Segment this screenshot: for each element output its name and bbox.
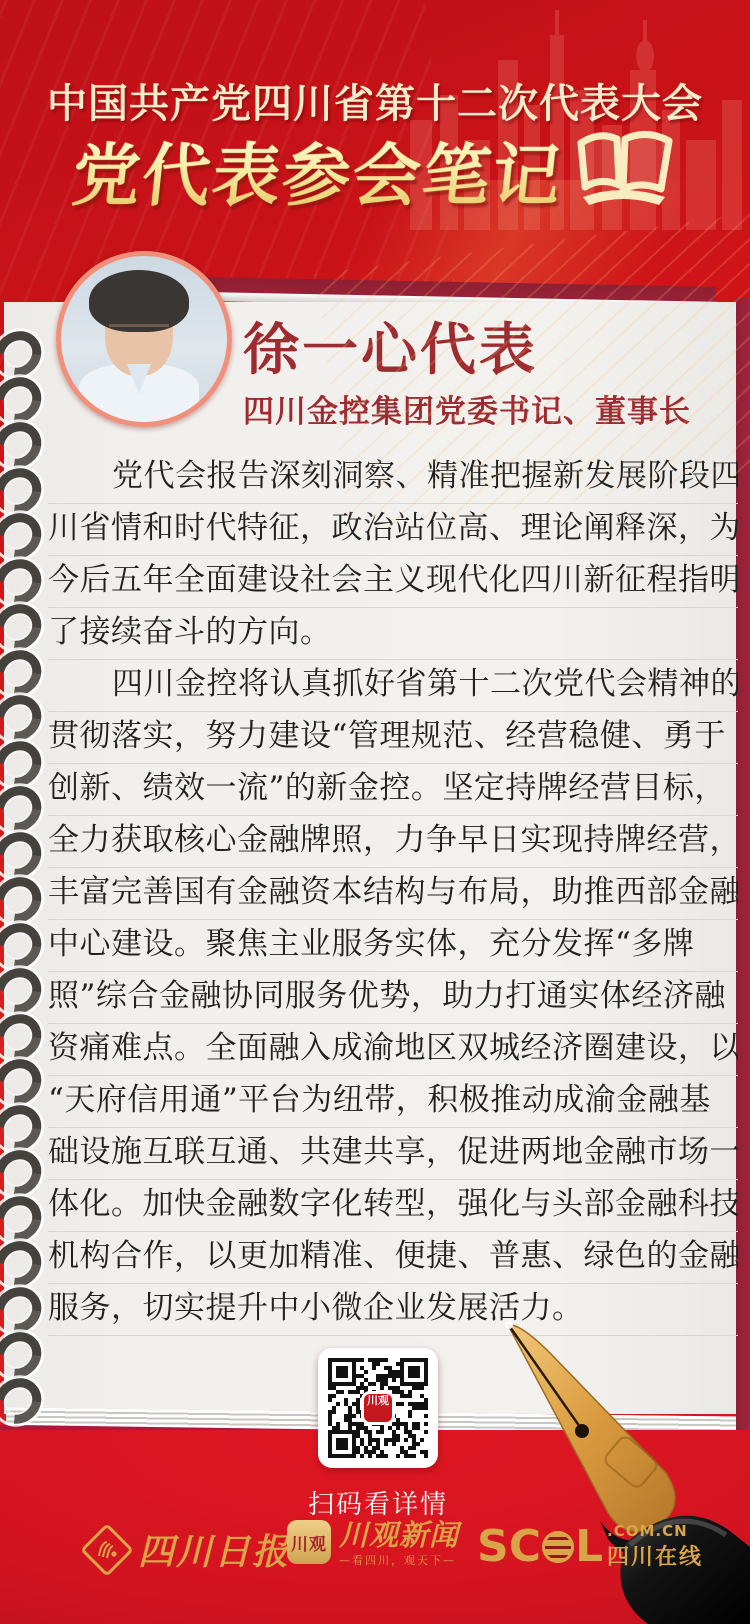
chuanguan-badge-icon: 川观 xyxy=(287,1520,331,1564)
spiral-binding xyxy=(0,0,50,1624)
article-line: 今后五年全面建设社会主义现代化四川新征程指明 xyxy=(48,556,738,608)
avatar-hair xyxy=(89,270,189,332)
article-line: 丰富完善国有金融资本结构与布局，助推西部金融 xyxy=(48,868,738,920)
scol-wordmark-left: SC xyxy=(477,1525,541,1569)
avatar xyxy=(56,251,232,427)
spiral-ring-icon xyxy=(0,1368,50,1432)
article-line: 资痛难点。全面融入成渝地区双城经济圈建设，以 xyxy=(48,1024,738,1076)
poster: 中国共产党四川省第十二次代表大会 党代表参会笔记 徐一心代表 四川金控集团党委书… xyxy=(0,0,750,1624)
article-line: 体化。加快金融数字化转型，强化与头部金融科技 xyxy=(48,1180,738,1232)
article-line: 机构合作，以更加精准、便捷、普惠、绿色的金融 xyxy=(48,1232,738,1284)
scol-domain: .COM.CN xyxy=(607,1522,703,1540)
poster-title: 党代表参会笔记 xyxy=(68,122,568,219)
footer: 四川日报 川观 川观新闻 —看四川，观天下— SCL .COM.CN 四川在线 xyxy=(0,1520,750,1590)
congress-title: 中国共产党四川省第十二次代表大会 xyxy=(0,72,750,129)
article-line: “天府信用通”平台为纽带，积极推动成渝金融基 xyxy=(48,1076,738,1128)
sichuan-daily-logo: 四川日报 xyxy=(88,1524,290,1575)
article-line: 中心建设。聚焦主业服务实体，充分发挥“多牌 xyxy=(48,920,738,972)
avatar-glasses xyxy=(109,324,169,343)
article-line: 了接续奋斗的方向。 xyxy=(48,608,738,660)
scol-globe-icon xyxy=(542,1531,574,1563)
article-line: 全力获取核心金融牌照，力争早日实现持牌经营， xyxy=(48,816,738,868)
poster-title-row: 党代表参会笔记 xyxy=(0,122,750,219)
qr-caption: 扫码看详情 xyxy=(288,1484,468,1521)
chuanguan-news-wordmark: 川观新闻 xyxy=(339,1520,459,1550)
scol-logo: SCL .COM.CN 四川在线 xyxy=(477,1522,703,1571)
open-book-icon xyxy=(573,127,677,215)
sichuan-daily-wordmark: 四川日报 xyxy=(138,1524,290,1575)
chuanguan-tagline: —看四川，观天下— xyxy=(339,1552,459,1568)
scol-wordmark-right: L xyxy=(575,1525,603,1569)
article-line: 础设施互联互通、共建共享，促进两地金融市场一 xyxy=(48,1128,738,1180)
qr-center-logo: 川观 xyxy=(364,1394,392,1422)
qr-code: 川观 xyxy=(318,1348,438,1468)
article-text: 党代会报告深刻洞察、精准把握新发展阶段四 川省情和时代特征，政治站位高、理论阐释… xyxy=(48,452,738,1336)
article-line: 四川金控将认真抓好省第十二次党代会精神的 xyxy=(48,660,738,712)
sichuan-daily-emblem-icon xyxy=(80,1523,134,1577)
article-line: 贯彻落实，努力建设“管理规范、经营稳健、勇于 xyxy=(48,712,738,764)
scol-chinese-name: 四川在线 xyxy=(607,1540,703,1571)
chuanguan-news-logo: 川观 川观新闻 —看四川，观天下— xyxy=(287,1520,459,1568)
article-line: 照”综合金融协同服务优势，助力打通实体经济融 xyxy=(48,972,738,1024)
article-line: 创新、绩效一流”的新金控。坚定持牌经营目标， xyxy=(48,764,738,816)
